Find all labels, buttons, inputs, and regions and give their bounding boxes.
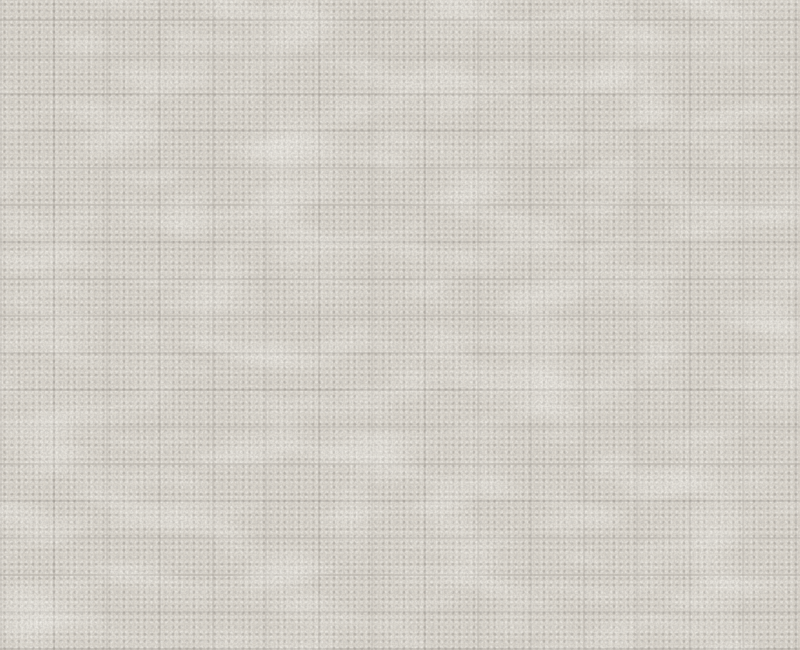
loop-noise-overlay <box>0 0 800 650</box>
carpet-texture <box>0 0 800 650</box>
